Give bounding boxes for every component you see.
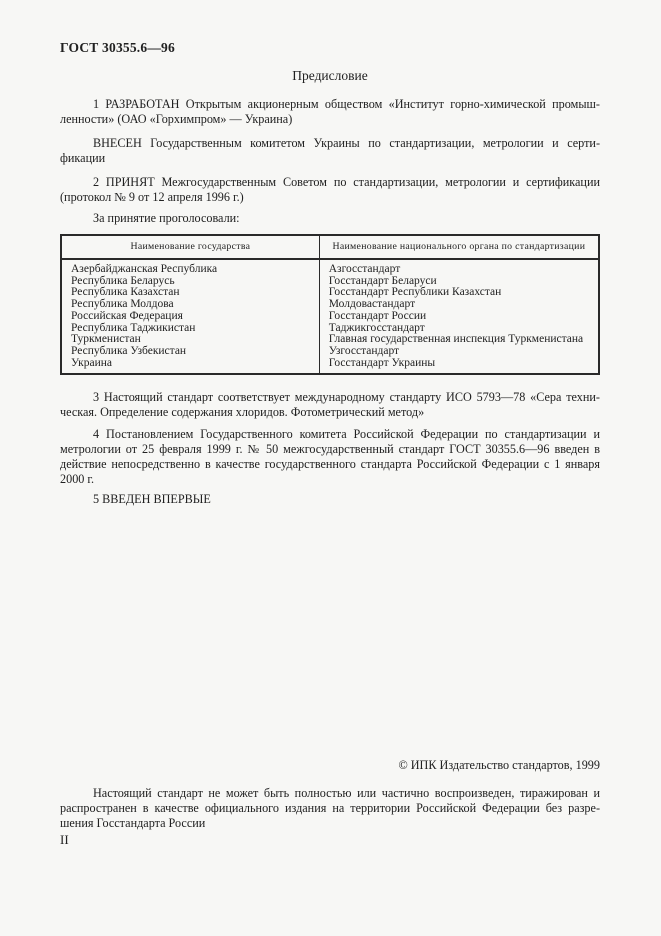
text-line: 2 ПРИНЯТ Межгосударственным Советом по с…	[60, 175, 600, 190]
column-header-state: Наименование государства	[61, 235, 319, 259]
table-row: Республика УзбекистанУзгосстандарт	[61, 346, 599, 358]
page-title: Предисловие	[60, 68, 600, 83]
country-cell: Российская Федерация	[61, 311, 319, 323]
table-row: Азербайджанская РеспубликаАзгосстандарт	[61, 259, 599, 276]
text-line: 3 Настоящий стандарт соответствует между…	[60, 390, 600, 405]
text-line: распространен в качестве официального из…	[60, 801, 600, 816]
paragraph-iso: 3 Настоящий стандарт соответствует между…	[60, 390, 600, 420]
paragraph-postanovlenie: 4 Постановлением Государственного комите…	[60, 427, 600, 487]
vote-intro: За принятие проголосовали:	[60, 211, 600, 226]
text-line: действие непосредственно в качестве госу…	[60, 457, 600, 472]
table-row: УкраинаГосстандарт Украины	[61, 358, 599, 375]
paragraph-vveden: 5 ВВЕДЕН ВПЕРВЫЕ	[60, 492, 600, 507]
country-cell: Азербайджанская Республика	[61, 259, 319, 276]
text-line: ленности» (ОАО «Горхимпром» — Украина)	[60, 112, 600, 127]
voting-table: Наименование государства Наименование на…	[60, 234, 600, 375]
text-line: Настоящий стандарт не может быть полност…	[60, 786, 600, 801]
reproduction-notice: Настоящий стандарт не может быть полност…	[60, 786, 600, 831]
voting-table-body: Азербайджанская РеспубликаАзгосстандартР…	[61, 259, 599, 374]
country-cell: Республика Узбекистан	[61, 346, 319, 358]
text-line: ческая. Определение содержания хлоридов.…	[60, 405, 600, 420]
doc-code: ГОСТ 30355.6—96	[60, 40, 600, 55]
text-line: шения Госстандарта России	[60, 816, 600, 831]
text-line: 2000 г.	[60, 472, 600, 487]
text-line: За принятие проголосовали:	[60, 211, 600, 226]
text-line: метрологии от 25 февраля 1999 г. № 50 ме…	[60, 442, 600, 457]
header-row: Наименование государства Наименование на…	[61, 235, 599, 259]
text-line: (протокол № 9 от 12 апреля 1996 г.)	[60, 190, 600, 205]
voting-table-header: Наименование государства Наименование на…	[61, 235, 599, 259]
agency-cell: Госстандарт России	[319, 311, 599, 323]
column-header-agency: Наименование национального органа по ста…	[319, 235, 599, 259]
copyright-line: © ИПК Издательство стандартов, 1999	[60, 758, 600, 773]
text-line: 5 ВВЕДЕН ВПЕРВЫЕ	[60, 492, 600, 507]
paragraph-vnesen: ВНЕСЕН Государственным комитетом Украины…	[60, 136, 600, 166]
agency-cell: Узгосстандарт	[319, 346, 599, 358]
country-cell: Украина	[61, 358, 319, 375]
text-line: ВНЕСЕН Государственным комитетом Украины…	[60, 136, 600, 151]
text-line: 1 РАЗРАБОТАН Открытым акционерным общест…	[60, 97, 600, 112]
paragraph-razrabotan: 1 РАЗРАБОТАН Открытым акционерным общест…	[60, 97, 600, 127]
agency-cell: Госстандарт Украины	[319, 358, 599, 375]
document-page: ГОСТ 30355.6—96 Предисловие 1 РАЗРАБОТАН…	[0, 0, 661, 936]
table-row: Российская ФедерацияГосстандарт России	[61, 311, 599, 323]
agency-cell: Азгосстандарт	[319, 259, 599, 276]
text-line: фикации	[60, 151, 600, 166]
page-number: II	[60, 832, 600, 847]
paragraph-prinyat: 2 ПРИНЯТ Межгосударственным Советом по с…	[60, 175, 600, 205]
text-line: 4 Постановлением Государственного комите…	[60, 427, 600, 442]
